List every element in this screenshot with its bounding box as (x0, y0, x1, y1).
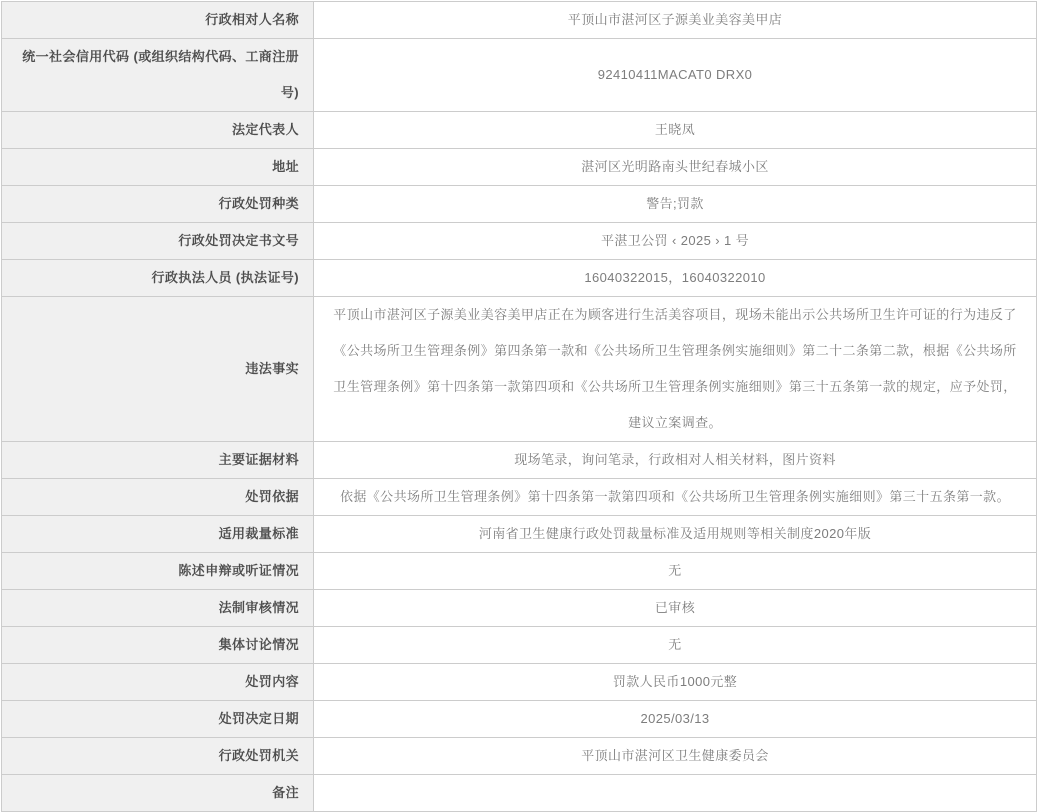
field-value: 警告;罚款 (314, 186, 1037, 223)
field-value: 湛河区光明路南头世纪春城小区 (314, 149, 1037, 186)
field-value: 平湛卫公罚 ‹ 2025 › 1 号 (314, 223, 1037, 260)
table-row: 适用裁量标准 河南省卫生健康行政处罚裁量标准及适用规则等相关制度2020年版 (2, 516, 1037, 553)
field-value: 王晓凤 (314, 112, 1037, 149)
table-row: 行政执法人员 (执法证号) 16040322015，16040322010 (2, 260, 1037, 297)
field-value: 河南省卫生健康行政处罚裁量标准及适用规则等相关制度2020年版 (314, 516, 1037, 553)
field-label: 行政处罚决定书文号 (2, 223, 314, 260)
field-value: 2025/03/13 (314, 701, 1037, 738)
table-row: 法定代表人 王晓凤 (2, 112, 1037, 149)
table-row: 陈述申辩或听证情况 无 (2, 553, 1037, 590)
field-label: 行政执法人员 (执法证号) (2, 260, 314, 297)
table-row: 违法事实 平顶山市湛河区子源美业美容美甲店正在为顾客进行生活美容项目，现场未能出… (2, 297, 1037, 442)
field-value: 无 (314, 627, 1037, 664)
table-row: 主要证据材料 现场笔录，询问笔录，行政相对人相关材料，图片资料 (2, 442, 1037, 479)
field-label: 违法事实 (2, 297, 314, 442)
field-value: 平顶山市湛河区子源美业美容美甲店正在为顾客进行生活美容项目，现场未能出示公共场所… (314, 297, 1037, 442)
field-value: 罚款人民币1000元整 (314, 664, 1037, 701)
table-row: 处罚决定日期 2025/03/13 (2, 701, 1037, 738)
table-row: 行政处罚机关 平顶山市湛河区卫生健康委员会 (2, 738, 1037, 775)
field-label: 处罚内容 (2, 664, 314, 701)
table-row: 行政处罚决定书文号 平湛卫公罚 ‹ 2025 › 1 号 (2, 223, 1037, 260)
table-row: 处罚依据 依据《公共场所卫生管理条例》第十四条第一款第四项和《公共场所卫生管理条… (2, 479, 1037, 516)
table-row: 行政处罚种类 警告;罚款 (2, 186, 1037, 223)
field-value: 依据《公共场所卫生管理条例》第十四条第一款第四项和《公共场所卫生管理条例实施细则… (314, 479, 1037, 516)
penalty-record-page: 行政相对人名称 平顶山市湛河区子源美业美容美甲店 统一社会信用代码 (或组织结构… (0, 1, 1037, 793)
field-value: 现场笔录，询问笔录，行政相对人相关材料，图片资料 (314, 442, 1037, 479)
field-label: 集体讨论情况 (2, 627, 314, 664)
field-label: 行政相对人名称 (2, 2, 314, 39)
field-label: 处罚依据 (2, 479, 314, 516)
table-row: 备注 (2, 775, 1037, 812)
field-label: 行政处罚种类 (2, 186, 314, 223)
field-label: 适用裁量标准 (2, 516, 314, 553)
penalty-record-table: 行政相对人名称 平顶山市湛河区子源美业美容美甲店 统一社会信用代码 (或组织结构… (1, 1, 1037, 812)
field-value (314, 775, 1037, 812)
field-value: 92410411MACAT0 DRX0 (314, 39, 1037, 112)
field-value: 平顶山市湛河区卫生健康委员会 (314, 738, 1037, 775)
field-label: 法制审核情况 (2, 590, 314, 627)
table-row: 行政相对人名称 平顶山市湛河区子源美业美容美甲店 (2, 2, 1037, 39)
table-row: 地址 湛河区光明路南头世纪春城小区 (2, 149, 1037, 186)
field-label: 行政处罚机关 (2, 738, 314, 775)
field-label: 主要证据材料 (2, 442, 314, 479)
field-value: 无 (314, 553, 1037, 590)
field-label: 处罚决定日期 (2, 701, 314, 738)
field-value: 平顶山市湛河区子源美业美容美甲店 (314, 2, 1037, 39)
table-row: 法制审核情况 已审核 (2, 590, 1037, 627)
table-row: 处罚内容 罚款人民币1000元整 (2, 664, 1037, 701)
field-value: 16040322015，16040322010 (314, 260, 1037, 297)
field-label: 地址 (2, 149, 314, 186)
field-label: 备注 (2, 775, 314, 812)
table-row: 统一社会信用代码 (或组织结构代码、工商注册号) 92410411MACAT0 … (2, 39, 1037, 112)
field-label: 陈述申辩或听证情况 (2, 553, 314, 590)
field-label: 统一社会信用代码 (或组织结构代码、工商注册号) (2, 39, 314, 112)
field-label: 法定代表人 (2, 112, 314, 149)
field-value: 已审核 (314, 590, 1037, 627)
table-row: 集体讨论情况 无 (2, 627, 1037, 664)
